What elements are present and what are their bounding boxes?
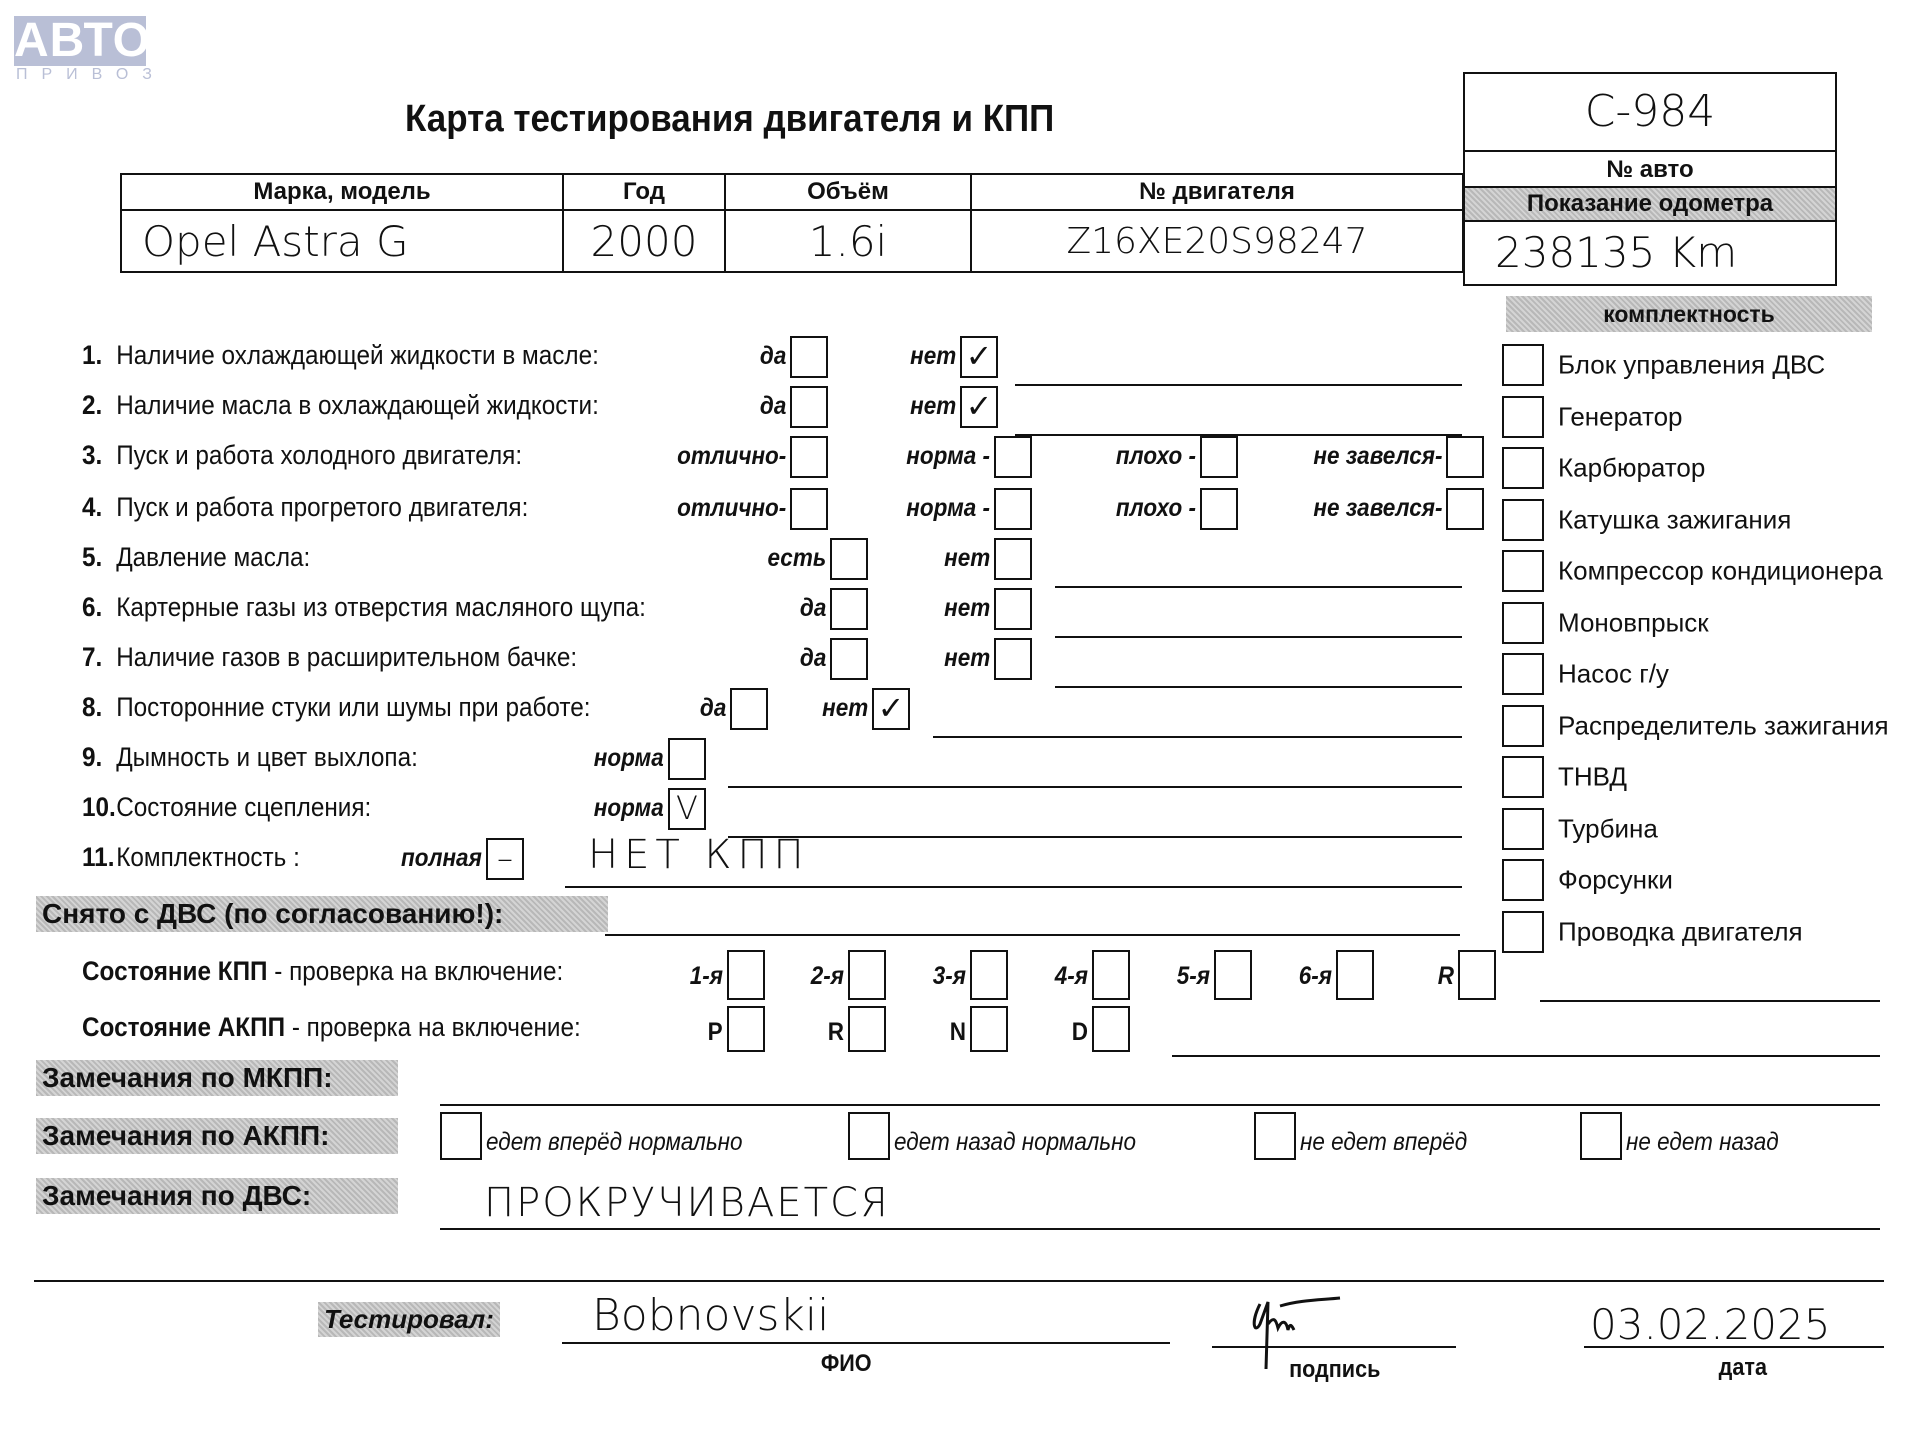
completeness-item-label: Насос г/у [1558,659,1669,689]
brand-logo-subtitle: ПРИВОЗ [16,66,166,84]
question-number: 3. [82,440,116,471]
completeness-checkbox[interactable] [1502,756,1544,798]
option-checkbox[interactable] [830,538,868,580]
kpp-gear-checkbox[interactable] [727,950,765,1000]
signature-caption: подпись [1289,1356,1380,1384]
option-label: нет [910,342,956,371]
question-number: 8. [82,692,116,723]
question-number: 10. [82,792,116,823]
col-header-engine-number: № двигателя [971,174,1463,210]
completeness-item-label: Проводка двигателя [1558,916,1803,946]
completeness-checkbox[interactable] [1502,499,1544,541]
question-notes-line[interactable] [728,786,1462,788]
question-number: 2. [82,390,116,421]
akpp-gear-label: N [950,1018,966,1047]
question-notes-line[interactable] [1055,586,1462,588]
akpp-remark-checkbox[interactable] [440,1112,482,1160]
option-label: нет [944,594,990,623]
completeness-checkbox[interactable] [1502,705,1544,747]
option-label: да [760,342,786,371]
akpp-notes-line[interactable] [1172,1055,1880,1057]
completeness-item-label: Компрессор кондиционера [1558,556,1883,586]
kpp-gear-label: 4-я [1055,962,1088,991]
vehicle-info-table: Марка, модель Год Объём № двигателя Opel… [120,173,1464,273]
page-title: Карта тестирования двигателя и КПП [405,98,1054,141]
question-6: 6.Картерные газы из отверстия масляного … [82,592,646,623]
test-date[interactable]: 03.02.2025 [1590,1300,1830,1349]
completeness-item-label: Распределитель зажигания [1558,710,1889,740]
completeness-item-label: Форсунки [1558,865,1673,895]
car-number-box: С-984 № авто [1463,72,1837,190]
kpp-gear-label: 3-я [933,962,966,991]
akpp-gear-checkbox[interactable] [848,1006,886,1052]
option-checkbox[interactable] [1200,436,1238,478]
completeness-item-label: Генератор [1558,401,1683,431]
option-checkbox[interactable] [1446,488,1484,530]
option-checkbox[interactable] [1200,488,1238,530]
completeness-item[interactable]: Блок управления ДВС [1502,344,1825,386]
option-label: не завелся- [1313,494,1442,523]
question-7: 7.Наличие газов в расширительном бачке: [82,642,577,673]
option-label: да [800,644,826,673]
completeness-item-label: ТНВД [1558,762,1627,792]
completeness-item[interactable]: Катушка зажигания [1502,499,1791,541]
option-checkbox[interactable] [790,336,828,378]
option-label: отлично- [677,442,786,471]
option-label: да [700,694,726,723]
remarks-mkpp-line[interactable] [440,1104,1880,1106]
option-checkbox[interactable] [730,688,768,730]
option-checkbox[interactable] [668,738,706,780]
kpp-gear-label: R [1438,962,1454,991]
question-text: Комплектность : [116,842,300,872]
remarks-mkpp-label: Замечания по МКПП: [36,1060,398,1096]
option-checkbox[interactable] [790,488,828,530]
option-checkbox[interactable]: V [668,788,706,830]
signature-line [1212,1346,1456,1348]
question-notes-line[interactable] [565,886,1462,888]
option-label: плохо - [1116,442,1196,471]
akpp-gear-label: R [828,1018,844,1047]
option-checkbox[interactable] [1446,436,1484,478]
option-label: плохо - [1116,494,1196,523]
akpp-remark-label: не едет назад [1626,1128,1779,1157]
akpp-remark-label: едет вперёд нормально [486,1128,743,1157]
question-number: 6. [82,592,116,623]
option-label: есть [767,544,826,573]
option-checkbox[interactable] [790,436,828,478]
option-label: нет [944,544,990,573]
question-text: Наличие газов в расширительном бачке: [116,642,577,672]
question-number: 7. [82,642,116,673]
completeness-note[interactable]: НЕТ КПП [588,832,810,878]
question-number: 5. [82,542,116,573]
option-checkbox[interactable]: ✓ [872,688,910,730]
divider [34,1280,1884,1282]
kpp-notes-line[interactable] [1540,1000,1880,1002]
make-model-value[interactable]: Opel Astra G [121,210,563,272]
completeness-header: комплектность [1506,296,1872,332]
kpp-gear-label: 2-я [811,962,844,991]
kpp-gear-checkbox[interactable] [1214,950,1252,1000]
akpp-subtitle: - проверка на включение: [285,1012,581,1042]
odometer-value[interactable]: 238135 Km [1465,222,1835,284]
car-number-value[interactable]: С-984 [1465,74,1835,152]
completeness-checkbox[interactable] [1502,602,1544,644]
option-label: да [760,392,786,421]
completeness-item-label: Моновпрыск [1558,607,1709,637]
completeness-checkbox[interactable] [1502,396,1544,438]
akpp-check-label: Состояние АКПП - проверка на включение: [82,1012,581,1043]
remarks-dvs-line[interactable] [440,1228,1880,1230]
question-notes-line[interactable] [1015,434,1462,436]
question-text: Наличие охлаждающей жидкости в масле: [116,340,599,370]
kpp-subtitle: - проверка на включение: [268,956,564,986]
kpp-gear-label: 5-я [1177,962,1210,991]
removed-from-engine-line[interactable] [605,934,1460,936]
option-checkbox[interactable]: – [486,838,524,880]
removed-from-engine-label: Снято с ДВС (по согласованию!): [36,896,608,932]
akpp-gear-label: P [708,1018,723,1047]
completeness-item[interactable]: Турбина [1502,808,1658,850]
question-8: 8.Посторонние стуки или шумы при работе: [82,692,591,723]
option-label: норма [594,744,664,773]
akpp-gear-checkbox[interactable] [970,1006,1008,1052]
option-checkbox[interactable] [994,436,1032,478]
option-label: норма [594,794,664,823]
option-checkbox[interactable] [994,638,1032,680]
question-text: Дымность и цвет выхлопа: [116,742,418,772]
col-header-volume: Объём [725,174,971,210]
completeness-checkbox[interactable] [1502,344,1544,386]
option-checkbox[interactable]: ✓ [960,336,998,378]
completeness-checkbox[interactable] [1502,550,1544,592]
question-3: 3.Пуск и работа холодного двигателя: [82,440,522,471]
completeness-item-label: Блок управления ДВС [1558,350,1825,380]
completeness-item[interactable]: Генератор [1502,396,1683,438]
option-checkbox[interactable] [994,588,1032,630]
question-text: Пуск и работа прогретого двигателя: [116,492,528,522]
completeness-checkbox[interactable] [1502,653,1544,695]
kpp-gear-label: 1-я [690,962,723,991]
akpp-gear-checkbox[interactable] [1092,1006,1130,1052]
akpp-remark-checkbox[interactable] [1580,1112,1622,1160]
question-1: 1.Наличие охлаждающей жидкости в масле: [82,340,599,371]
option-label: отлично- [677,494,786,523]
akpp-gear-label: D [1072,1018,1088,1047]
remarks-akpp-label: Замечания по АКПП: [36,1118,398,1154]
volume-value[interactable]: 1.6i [725,210,971,272]
question-text: Давление масла: [116,542,310,572]
completeness-item-label: Карбюратор [1558,453,1705,483]
akpp-title: Состояние АКПП [82,1012,285,1042]
akpp-remark-checkbox[interactable] [1254,1112,1296,1160]
question-10: 10.Состояние сцепления: [82,792,371,823]
completeness-item[interactable]: Насос г/у [1502,653,1669,695]
tested-by-label: Тестировал: [318,1302,500,1337]
kpp-gear-checkbox[interactable] [1458,950,1496,1000]
question-number: 9. [82,742,116,773]
question-number: 4. [82,492,116,523]
completeness-item[interactable]: Распределитель зажигания [1502,705,1889,747]
name-caption: ФИО [821,1350,872,1378]
kpp-gear-checkbox[interactable] [848,950,886,1000]
brand-logo: АВТО [14,16,146,66]
option-label: нет [910,392,956,421]
completeness-item[interactable]: Форсунки [1502,859,1673,901]
kpp-gear-checkbox[interactable] [970,950,1008,1000]
question-notes-line[interactable] [1055,636,1462,638]
option-label: норма - [906,494,990,523]
completeness-checkbox[interactable] [1502,911,1544,953]
question-11: 11.Комплектность : [82,842,300,873]
year-value[interactable]: 2000 [563,210,725,272]
col-header-make-model: Марка, модель [121,174,563,210]
completeness-checkbox[interactable] [1502,808,1544,850]
akpp-remark-checkbox[interactable] [848,1112,890,1160]
question-2: 2.Наличие масла в охлаждающей жидкости: [82,390,599,421]
col-header-year: Год [563,174,725,210]
option-checkbox[interactable] [790,386,828,428]
question-number: 11. [82,842,116,873]
option-label: нет [822,694,868,723]
option-label: не завелся- [1313,442,1442,471]
question-notes-line[interactable] [728,836,1462,838]
option-checkbox[interactable] [994,488,1032,530]
option-checkbox[interactable]: ✓ [960,386,998,428]
question-9: 9.Дымность и цвет выхлопа: [82,742,418,773]
question-number: 1. [82,340,116,371]
completeness-checkbox[interactable] [1502,859,1544,901]
akpp-remark-label: не едет вперёд [1300,1128,1467,1157]
completeness-item[interactable]: Компрессор кондиционера [1502,550,1883,592]
question-4: 4.Пуск и работа прогретого двигателя: [82,492,528,523]
remarks-dvs-label: Замечания по ДВС: [36,1178,398,1214]
question-text: Состояние сцепления: [116,792,371,822]
odometer-box: Показание одометра 238135 Km [1463,186,1837,286]
engine-number-value[interactable]: Z16XE20S98247 [971,210,1463,272]
completeness-item-label: Турбина [1558,813,1658,843]
tester-name[interactable]: Bobnovskii [592,1290,829,1341]
akpp-remark-label: едет назад нормально [894,1128,1136,1157]
name-line [562,1342,1170,1344]
question-text: Картерные газы из отверстия масляного щу… [116,592,646,622]
option-checkbox[interactable] [830,638,868,680]
car-number-label: № авто [1465,152,1835,188]
question-text: Посторонние стуки или шумы при работе: [116,692,590,722]
option-label: норма - [906,442,990,471]
date-line [1584,1346,1884,1348]
completeness-item[interactable]: Карбюратор [1502,447,1705,489]
completeness-checkbox[interactable] [1502,447,1544,489]
question-text: Наличие масла в охлаждающей жидкости: [116,390,599,420]
question-5: 5.Давление масла: [82,542,310,573]
option-label: полная [401,844,482,873]
completeness-item[interactable]: Моновпрыск [1502,602,1709,644]
kpp-title: Состояние КПП [82,956,268,986]
option-checkbox[interactable] [994,538,1032,580]
question-notes-line[interactable] [933,736,1462,738]
question-text: Пуск и работа холодного двигателя: [116,440,522,470]
kpp-gear-label: 6-я [1299,962,1332,991]
kpp-gear-checkbox[interactable] [1336,950,1374,1000]
kpp-gear-checkbox[interactable] [1092,950,1130,1000]
completeness-item[interactable]: ТНВД [1502,756,1627,798]
odometer-header: Показание одометра [1465,188,1835,222]
kpp-check-label: Состояние КПП - проверка на включение: [82,956,563,987]
date-caption: дата [1719,1354,1767,1382]
akpp-gear-checkbox[interactable] [727,1006,765,1052]
remarks-dvs-note[interactable]: ПРОКРУЧИВАЕТСЯ [484,1180,890,1226]
option-label: да [800,594,826,623]
completeness-item-label: Катушка зажигания [1558,504,1791,534]
option-checkbox[interactable] [830,588,868,630]
question-notes-line[interactable] [1015,384,1462,386]
option-label: нет [944,644,990,673]
completeness-item[interactable]: Проводка двигателя [1502,911,1803,953]
question-notes-line[interactable] [1055,686,1462,688]
